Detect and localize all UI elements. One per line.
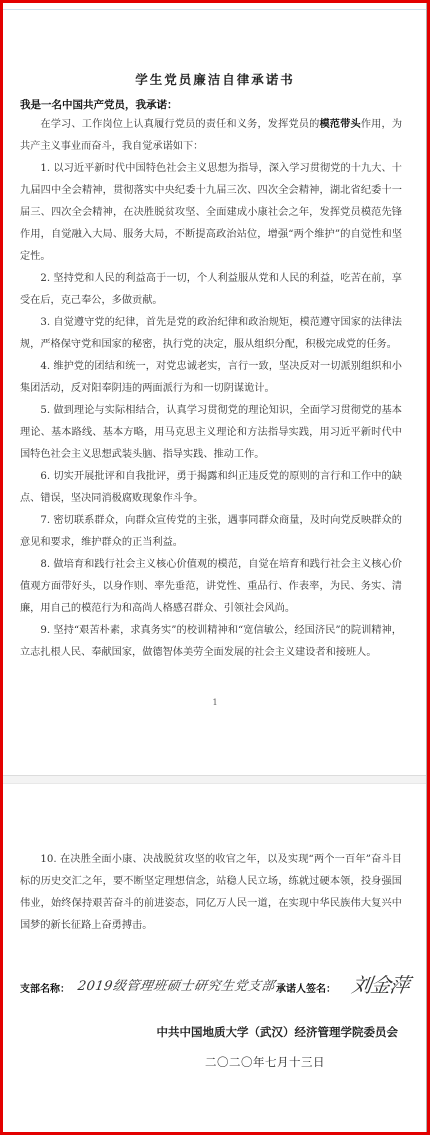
document-page-2 [3, 784, 426, 1131]
page-separator [3, 775, 426, 784]
issuing-committee: 中共中国地质大学（武汉）经济管理学院委员会 [157, 1024, 399, 1040]
pledge-item-8: 8. 做培育和践行社会主义核心价值观的模范，自觉在培育和践行社会主义核心价值观方… [20, 554, 402, 620]
branch-name-handwritten: 2019级管理班硕士研究生党支部 [77, 975, 277, 994]
pledge-item-4: 4. 维护党的团结和统一，对党忠诚老实，言行一致，坚决反对一切派别组织和小集团活… [20, 356, 402, 400]
pledge-item-2: 2. 坚持党和人民的利益高于一切，个人利益服从党和人民的利益，吃苦在前，享受在后… [20, 268, 402, 312]
document-date: 二〇二〇年七月十三日 [205, 1054, 325, 1070]
pledge-item-10: 10. 在决胜全面小康、决战脱贫攻坚的收官之年，以及实现“两个一百年”奋斗目标的… [20, 849, 402, 937]
page-1-body: 在学习、工作岗位上认真履行党员的责任和义务，发挥党员的模范带头作用，为共产主义事… [20, 114, 402, 664]
frame-inner-shadow [426, 3, 427, 1132]
document-title: 学生党员廉洁自律承诺书 [0, 70, 430, 88]
pledge-item-1: 1. 以习近平新时代中国特色社会主义思想为指导，深入学习贯彻党的十九大、十九届四… [20, 158, 402, 268]
intro-statement: 我是一名中国共产党员，我承诺： [20, 97, 178, 112]
preamble-text: 在学习、工作岗位上认真履行党员的责任和义务，发挥党员的 [40, 119, 319, 130]
pledge-item-6: 6. 切实开展批评和自我批评，勇于揭露和纠正违反党的原则的言行和工作中的缺点、错… [20, 466, 402, 510]
pledge-item-7: 7. 密切联系群众，向群众宣传党的主张，遇事同群众商量，及时向党反映群众的意见和… [20, 510, 402, 554]
signature-row: 支部名称： 2019级管理班硕士研究生党支部 承诺人签名： 刘金萍 [20, 972, 415, 1006]
preamble-paragraph: 在学习、工作岗位上认真履行党员的责任和义务，发挥党员的模范带头作用，为共产主义事… [20, 114, 402, 158]
signer-label: 承诺人签名： [276, 980, 336, 995]
signer-signature: 刘金萍 [350, 969, 411, 998]
pledge-item-3: 3. 自觉遵守党的纪律，首先是党的政治纪律和政治规矩，模范遵守国家的法律法规，严… [20, 312, 402, 356]
pledge-item-9: 9. 坚持“艰苦朴素，求真务实”的校训精神和“宽信敏公，经国济民”的院训精神，立… [20, 620, 402, 664]
branch-name-label: 支部名称： [20, 980, 70, 995]
pledge-item-5: 5. 做到理论与实际相结合，认真学习贯彻党的理论知识，全面学习贯彻党的基本理论、… [20, 400, 402, 466]
preamble-bold-text: 模范带头 [319, 119, 360, 130]
page-2-body: 10. 在决胜全面小康、决战脱贫攻坚的收官之年，以及实现“两个一百年”奋斗目标的… [20, 849, 402, 937]
page-number: 1 [0, 698, 430, 707]
